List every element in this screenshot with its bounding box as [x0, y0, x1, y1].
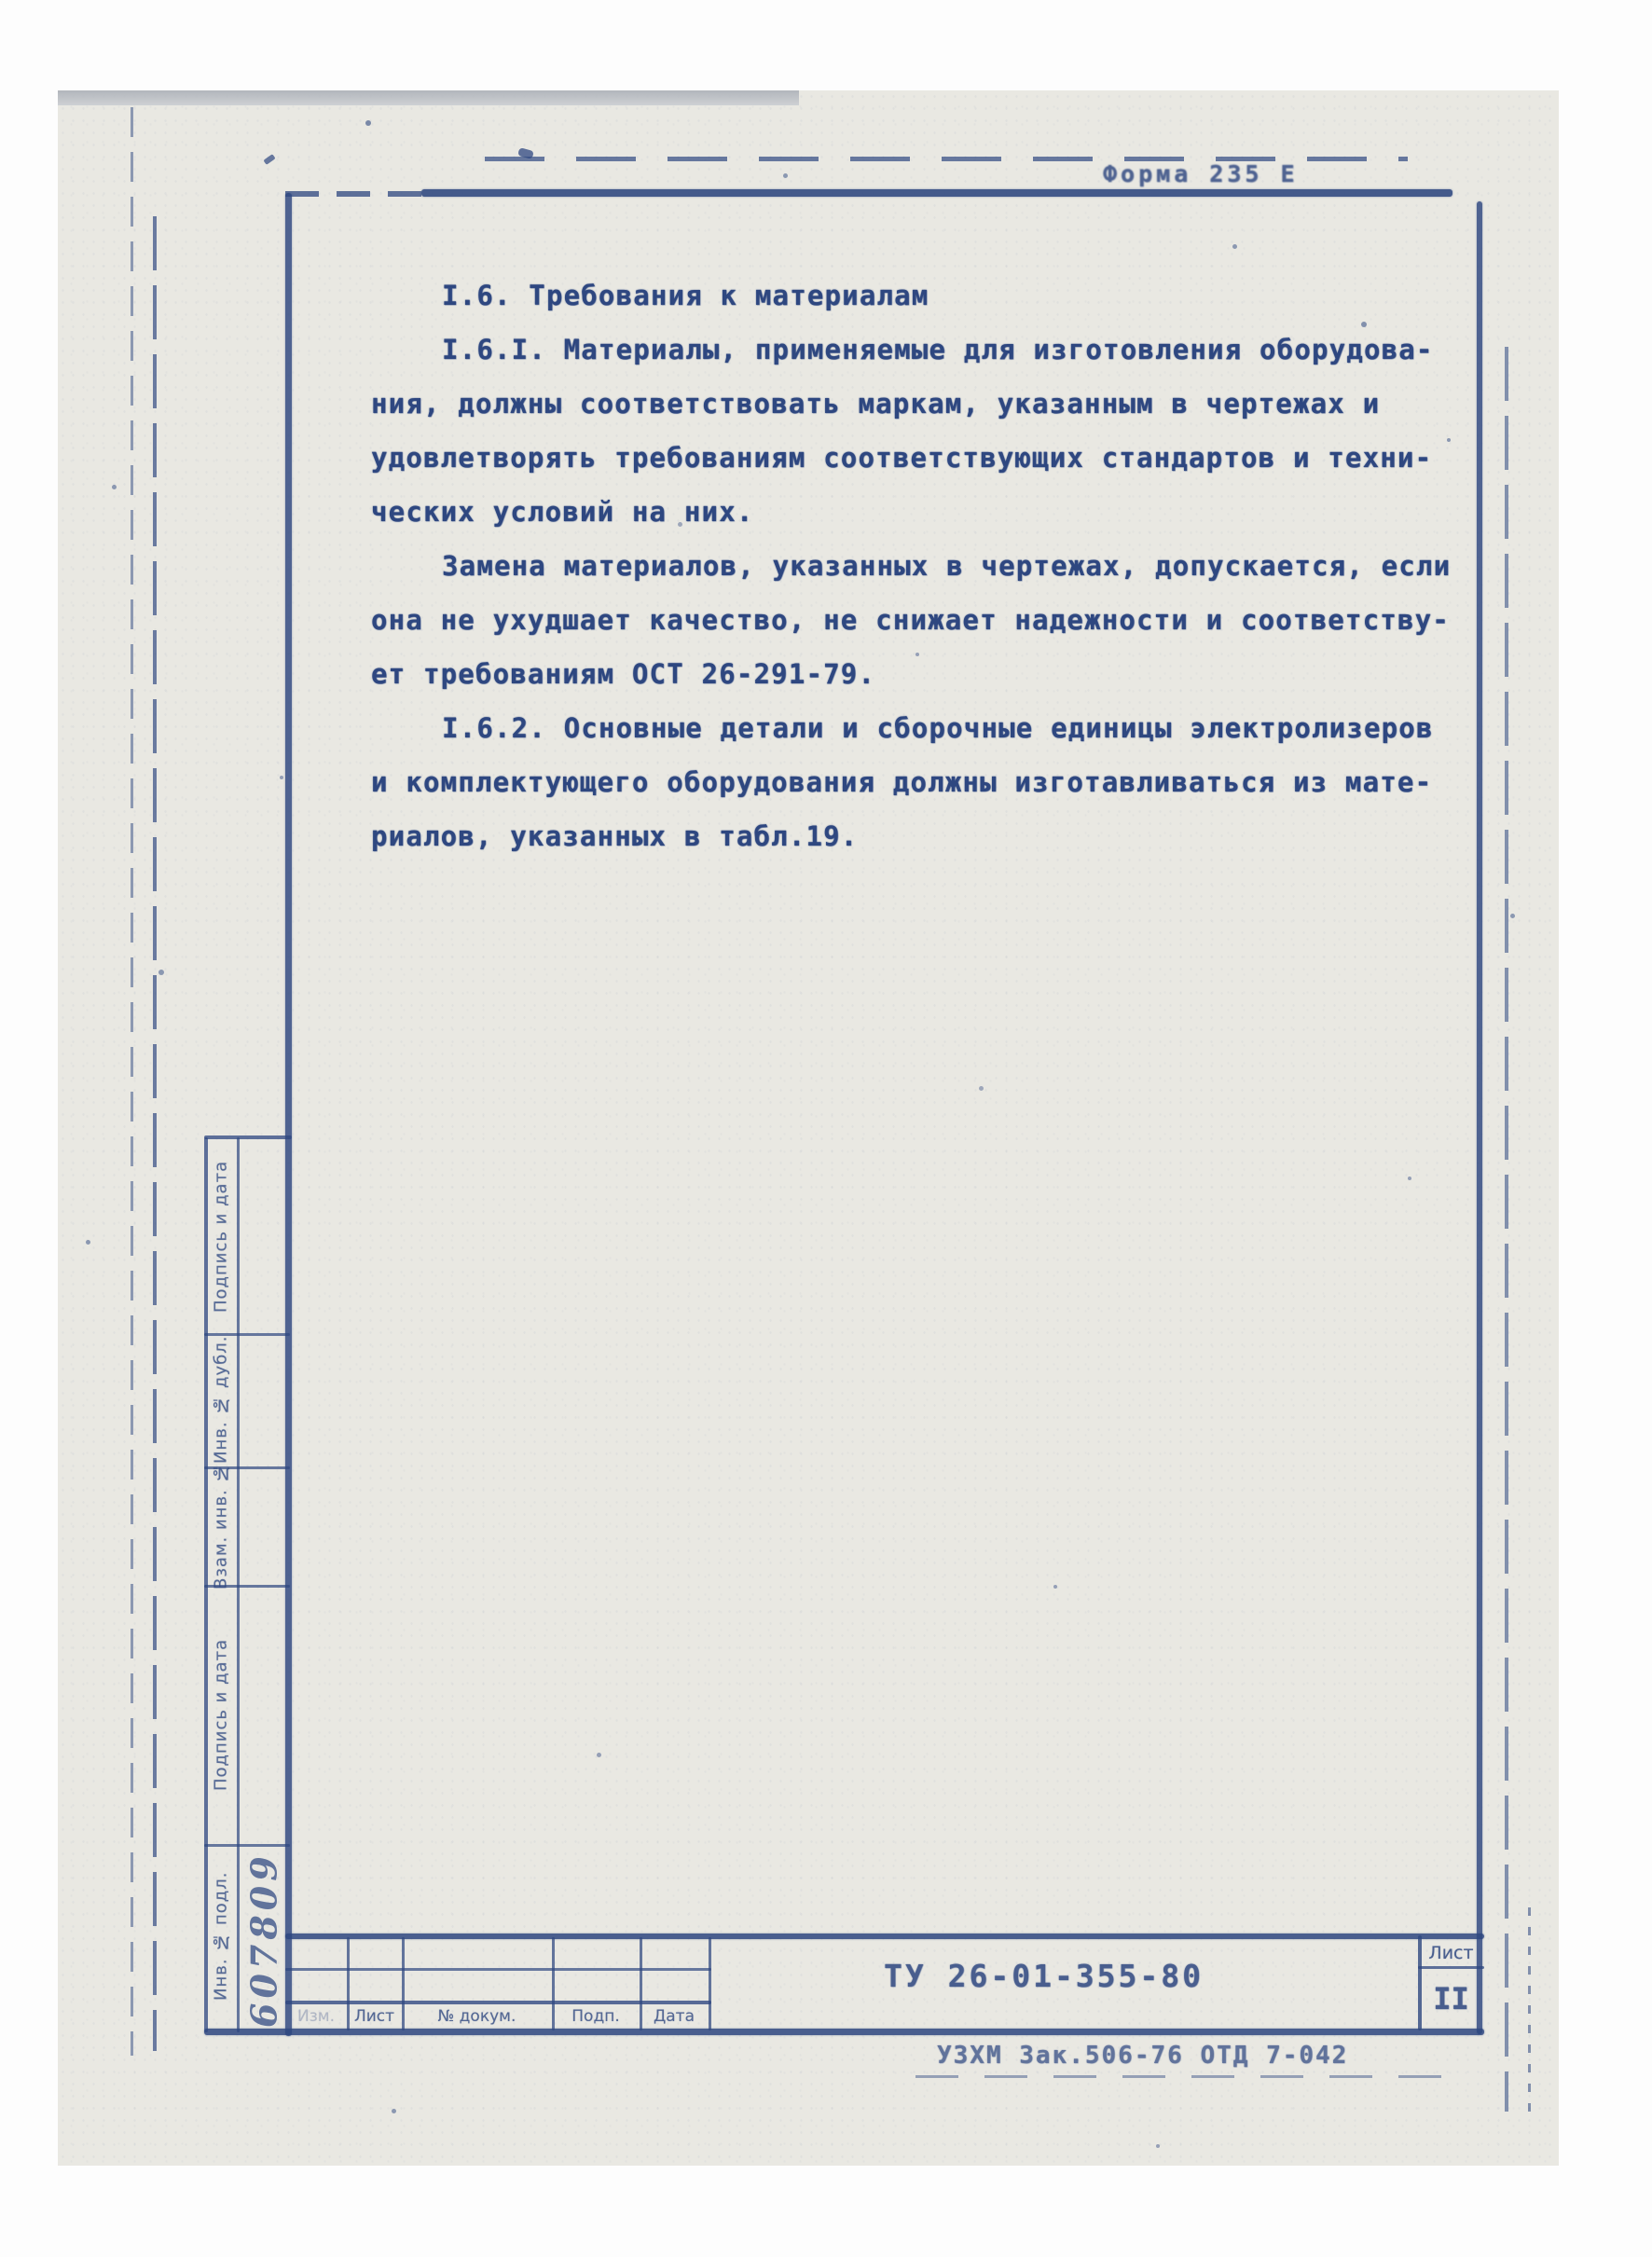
frame-right-dotted-line	[1528, 1907, 1531, 2120]
titleblock-col-line	[709, 1937, 711, 2030]
text-line: риалов, указанных в табл.19.	[371, 809, 1480, 863]
side-label-inv-podl: Инв. № подл.	[204, 1844, 238, 2029]
document-body: I.6. Требования к материалам I.6.I. Мате…	[371, 268, 1480, 863]
ink-speck	[365, 120, 371, 126]
scanned-document-page: Форма 235 Е I.6. Требования к материалам…	[0, 0, 1652, 2257]
revision-col-list: Лист	[347, 2002, 402, 2030]
section-heading: I.6. Требования к материалам	[371, 268, 1480, 323]
text-line: удовлетворять требованиям соответствующи…	[371, 431, 1480, 485]
ink-speck	[1156, 2144, 1160, 2148]
frame-top-dashed-segment	[285, 191, 434, 197]
frame-left-line	[285, 193, 292, 2036]
text-line: ния, должны соответствовать маркам, указ…	[371, 377, 1480, 431]
text-line: и комплектующего оборудования должны изг…	[371, 755, 1480, 809]
ink-speck	[158, 970, 164, 975]
titleblock-top-line	[285, 1934, 1484, 1939]
ink-speck	[1053, 1585, 1057, 1589]
form-number-label: Форма 235 Е	[1103, 160, 1299, 187]
revision-col-podp: Подп.	[552, 2002, 640, 2030]
print-caption-underline	[915, 2075, 1461, 2078]
ink-speck	[1447, 438, 1451, 442]
ink-speck	[280, 776, 283, 779]
text-line: ческих условий на них.	[371, 485, 1480, 539]
ink-speck	[678, 522, 682, 527]
revision-col-izm: Изм.	[285, 2002, 347, 2030]
revision-col-dokum: № докум.	[402, 2002, 552, 2030]
side-label-inv-dubl: Инв. № дубл.	[204, 1333, 238, 1466]
handwritten-inventory-number: 607809	[240, 1853, 288, 2026]
text-line: она не ухудшает качество, не снижает над…	[371, 593, 1480, 647]
ink-speck	[1510, 914, 1515, 918]
frame-right-secondary-line	[1505, 347, 1508, 2112]
ink-speck	[597, 1753, 601, 1757]
ink-speck	[979, 1086, 984, 1091]
side-label-vzam-inv: Взам. инв. №	[204, 1466, 238, 1585]
ink-speck	[86, 1240, 90, 1245]
frame-top-line	[421, 189, 1452, 197]
document-number: ТУ 26-01-355-80	[884, 1958, 1204, 1994]
ink-speck	[1408, 1177, 1411, 1180]
text-line: I.6.I. Материалы, применяемые для изгото…	[371, 323, 1480, 377]
text-line: ет требованиям ОСТ 26-291-79.	[371, 647, 1480, 701]
left-edge-line-inner	[153, 216, 157, 2051]
ink-speck	[915, 653, 919, 656]
ink-speck	[783, 173, 788, 178]
ink-speck	[1361, 322, 1367, 327]
side-label-signature-date-2: Подпись и дата	[204, 1585, 238, 1844]
print-caption: УЗХМ Зак.506-76 ОТД 7-042	[937, 2042, 1348, 2070]
side-label-signature-date-1: Подпись и дата	[204, 1139, 238, 1333]
revision-col-data: Дата	[640, 2002, 709, 2030]
scanner-edge-artifact	[58, 90, 799, 105]
text-line: Замена материалов, указанных в чертежах,…	[371, 539, 1480, 593]
sheet-number: II	[1418, 1969, 1484, 2029]
ink-speck	[1232, 244, 1237, 249]
left-edge-line-outer	[131, 107, 133, 2056]
ink-speck	[392, 2109, 396, 2113]
text-line: I.6.2. Основные детали и сборочные едини…	[371, 701, 1480, 755]
ink-speck	[112, 485, 117, 489]
sheet-label: Лист	[1418, 1939, 1484, 1967]
